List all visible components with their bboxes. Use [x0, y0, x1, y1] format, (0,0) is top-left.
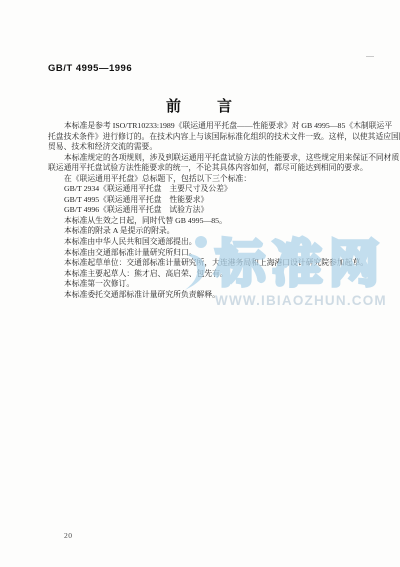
foreword-line: 本标准第一次修订。 [48, 279, 370, 290]
standard-number: GB/T 4995—1996 [48, 63, 132, 74]
foreword-line: 本标准是参考 ISO/TR10233:1989《联运通用平托盘——性能要求》对 … [48, 121, 370, 132]
foreword-line: 贸易、技术和经济交流的需要。 [48, 142, 370, 153]
foreword-line: 本标准主要起草人：熊才启、高启荣、包先有。 [48, 269, 370, 280]
foreword-line: GB/T 2934《联运通用平托盘 主要尺寸及公差》 [48, 184, 370, 195]
foreword-line: 本标准从生效之日起，同时代替 GB 4995—85。 [48, 216, 370, 227]
foreword-line: GB/T 4996《联运通用平托盘 试验方法》 [48, 205, 370, 216]
foreword-lines: 本标准是参考 ISO/TR10233:1989《联运通用平托盘——性能要求》对 … [48, 121, 370, 300]
foreword-line: 本标准规定的各项规则，涉及到联运通用平托盘试验方法的性能要求，这些规定用来保证不… [48, 153, 370, 164]
foreword-line: 托盘技术条件》进行修订的。在技术内容上与该国际标准化组织的技术文件一致。这样，以… [48, 132, 370, 143]
scan-artifact-mark [366, 56, 374, 57]
page-number: 20 [64, 531, 73, 540]
page-title: 前 言 [0, 95, 400, 116]
foreword-line: 联运通用平托盘试验方法性能要求的统一，不论其具体内容如何，都尽可能达到相同的要求… [48, 163, 370, 174]
foreword-line: 本标准由交通部标准计量研究所归口。 [48, 248, 370, 259]
foreword-line: 本标准由中华人民共和国交通部提出。 [48, 237, 370, 248]
foreword-line: 本标准委托交通部标准计量研究所负责解释。 [48, 290, 370, 301]
foreword-line: 在《联运通用平托盘》总标题下，包括以下三个标准： [48, 174, 370, 185]
foreword-line: GB/T 4995《联运通用平托盘 性能要求》 [48, 195, 370, 206]
foreword-line: 本标准起草单位：交通部标准计量研究所，大连港务局和上海港口设计研究院参加起草。 [48, 258, 370, 269]
foreword-line: 本标准的附录 A 是提示的附录。 [48, 226, 370, 237]
document-page: GB/T 4995—1996 前 言 本标准是参考 ISO/TR10233:19… [0, 0, 400, 567]
